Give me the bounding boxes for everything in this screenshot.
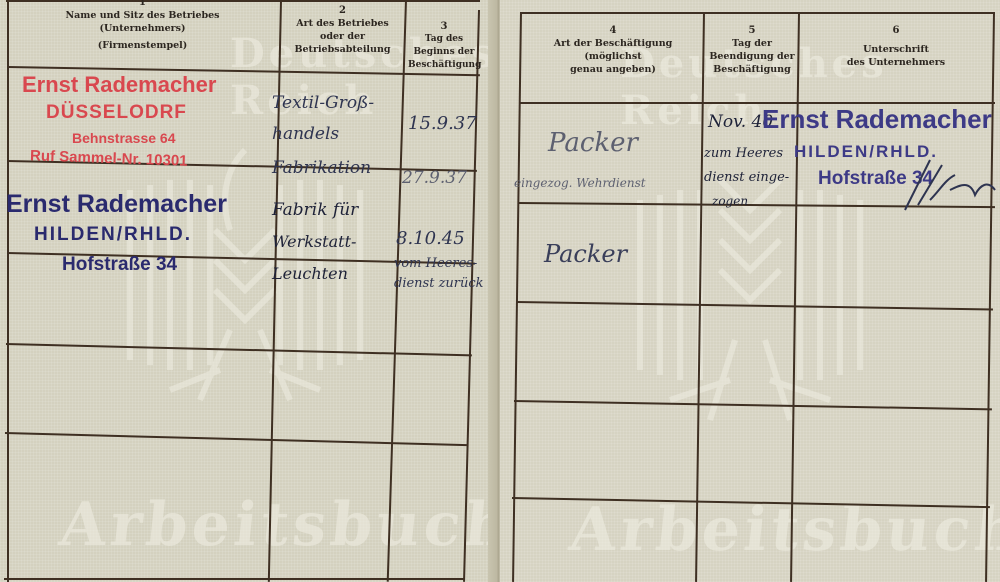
grid-line (512, 497, 990, 508)
occupation: Packer (544, 240, 627, 268)
start-date-note: vom Heeres- (394, 256, 477, 271)
company-stamp-hilden-city: HILDEN/RHLD. (34, 224, 192, 246)
company-stamp-hilden-street: Hofstraße 34 (62, 254, 177, 276)
business-type-line: Fabrik für (272, 200, 358, 220)
business-type-line: Leuchten (272, 264, 348, 283)
end-date-note: zum Heeres (704, 146, 783, 161)
column-header-5: 5 Tag der Beendigung der Beschäftigung (706, 24, 798, 76)
column-header-4: 4 Art der Beschäftigung (möglichst genau… (524, 24, 702, 76)
right-page: Deutsches Reich Arbeitsbuch 4 Art der Be… (500, 0, 1000, 582)
business-type-line: Fabrikation (272, 158, 371, 178)
column-header-2: 2 Art des Betriebes oder der Betriebsabt… (285, 4, 400, 56)
company-stamp-dusseldorf-phone: Ruf Sammel-Nr. 10301 (30, 147, 188, 169)
occupation: Packer (548, 128, 638, 158)
start-date-note: dienst zurück (394, 276, 484, 291)
start-date: 15.9.37 (408, 113, 477, 134)
business-type-line: Textil-Groß- (272, 93, 374, 113)
employer-signature (900, 150, 1000, 220)
column-header-3: 3 Tag des Beginns der Beschäftigung (408, 20, 480, 72)
grid-line (5, 432, 467, 446)
column-header-1: 1 Name und Sitz des Betriebes (Unternehm… (20, 0, 265, 52)
grid-line (695, 12, 705, 582)
employer-stamp-name: Ernst Rademacher (762, 104, 992, 135)
grid-line (790, 12, 800, 582)
left-page: Deutsches Reich Arbeitsbuch 1 Name und S… (0, 0, 492, 582)
grid-line (6, 343, 472, 356)
grid-line (517, 301, 993, 310)
watermark-arbeitsbuch: Arbeitsbuch (56, 490, 516, 560)
end-date-note: dienst einge- (704, 170, 789, 185)
company-stamp-dusseldorf-city: DÜSSELODRF (46, 102, 187, 124)
business-type-line: Werkstatt- (272, 232, 356, 251)
grid-line (463, 10, 480, 582)
end-date-note: zogen (712, 194, 748, 208)
grid-line (514, 400, 992, 410)
start-date-correction: 27.9.37 (402, 168, 467, 188)
start-date: 8.10.45 (396, 228, 465, 249)
business-type-line: handels (272, 124, 339, 144)
grid-line (7, 0, 9, 582)
grid-line (4, 578, 464, 580)
grid-line (268, 0, 282, 582)
grid-line (520, 12, 995, 14)
company-stamp-dusseldorf-street: Behnstrasse 64 (72, 130, 176, 146)
occupation-note: eingezog. Wehrdienst (514, 176, 646, 190)
company-stamp-dusseldorf-name: Ernst Rademacher (22, 72, 216, 98)
column-header-6: 6 Unterschrift des Unternehmers (800, 24, 992, 69)
company-stamp-hilden-name: Ernst Rademacher (6, 190, 227, 219)
grid-line (985, 12, 995, 582)
